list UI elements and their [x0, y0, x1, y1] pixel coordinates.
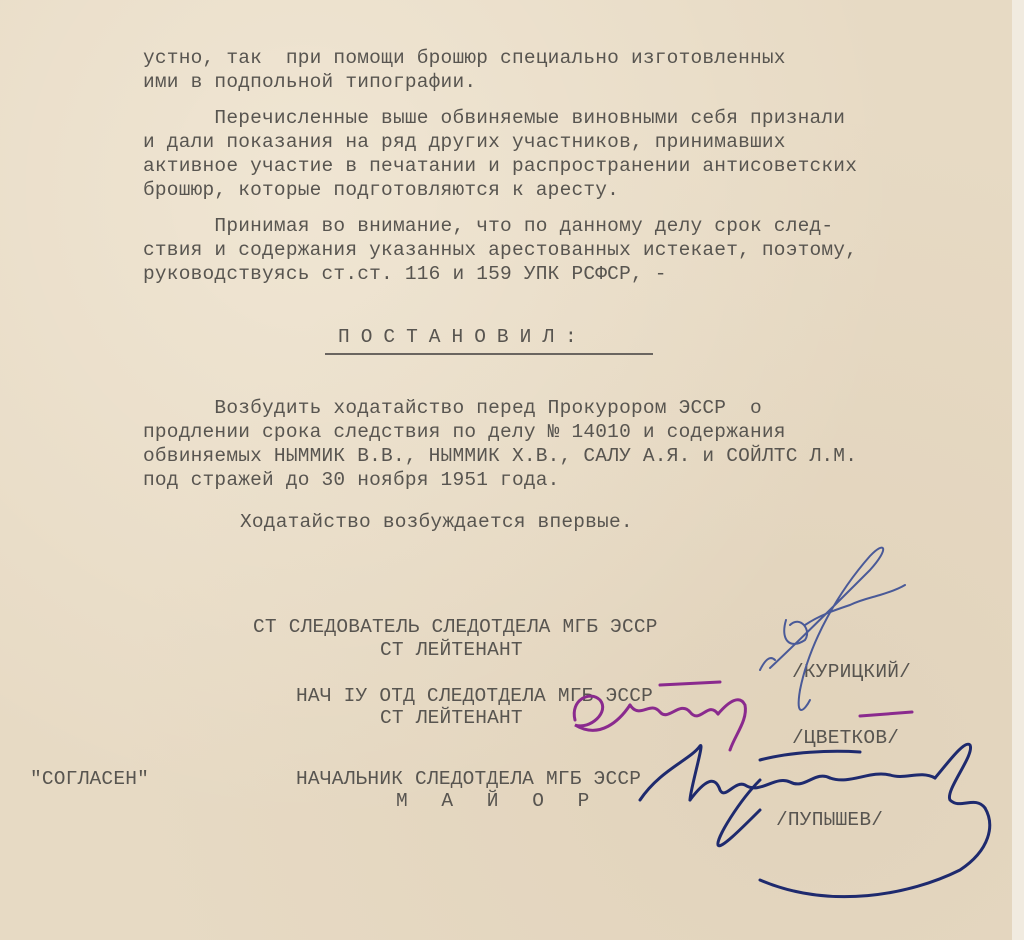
signer-2-title: НАЧ IУ ОТД СЛЕДОТДЕЛА МГБ ЭССР [296, 684, 653, 708]
approval-label: "СОГЛАСЕН" [30, 767, 149, 791]
signer-3-rank: М А Й О Р [396, 789, 600, 813]
paragraph-2-line-3: активное участие в печатании и распростр… [143, 154, 857, 178]
signer-2-name: /ЦВЕТКОВ/ [792, 726, 899, 750]
paragraph-2-line-2: и дали показания на ряд других участнико… [143, 130, 786, 154]
heading-underline [325, 353, 653, 355]
paragraph-1-line-2: ими в подпольной типографии. [143, 70, 476, 94]
signer-1-rank: СТ ЛЕЙТЕНАНТ [380, 638, 523, 662]
resolution-heading: ПОСТАНОВИЛ: [338, 325, 588, 349]
paragraph-3-line-1: Принимая во внимание, что по данному дел… [143, 214, 833, 238]
paragraph-2-line-4: брошюр, которые подготовляются к аресту. [143, 178, 619, 202]
paragraph-1-line-1: устно, так при помощи брошюр специально … [143, 46, 786, 70]
paragraph-3-line-3: руководствуясь ст.ст. 116 и 159 УПК РСФС… [143, 262, 667, 286]
signer-3-title: НАЧАЛЬНИК СЛЕДОТДЕЛА МГБ ЭССР [296, 767, 641, 791]
paragraph-2-line-1: Перечисленные выше обвиняемые виновными … [143, 106, 845, 130]
signer-2-rank: СТ ЛЕЙТЕНАНТ [380, 706, 523, 730]
resolution-line-1: Возбудить ходатайство перед Прокурором Э… [143, 396, 762, 420]
resolution-line-2: продлении срока следствия по делу № 1401… [143, 420, 786, 444]
page-edge [1012, 0, 1024, 940]
signer-1-title: СТ СЛЕДОВАТЕЛЬ СЛЕДОТДЕЛА МГБ ЭССР [253, 615, 658, 639]
resolution-line-4: под стражей до 30 ноября 1951 года. [143, 468, 560, 492]
resolution-note: Ходатайство возбуждается впервые. [240, 510, 633, 534]
signer-1-name: /КУРИЦКИЙ/ [792, 660, 911, 684]
paragraph-3-line-2: ствия и содержания указанных арестованны… [143, 238, 857, 262]
signer-3-name: /ПУПЫШЕВ/ [776, 808, 883, 832]
resolution-line-3: обвиняемых НЫММИК В.В., НЫММИК Х.В., САЛ… [143, 444, 857, 468]
